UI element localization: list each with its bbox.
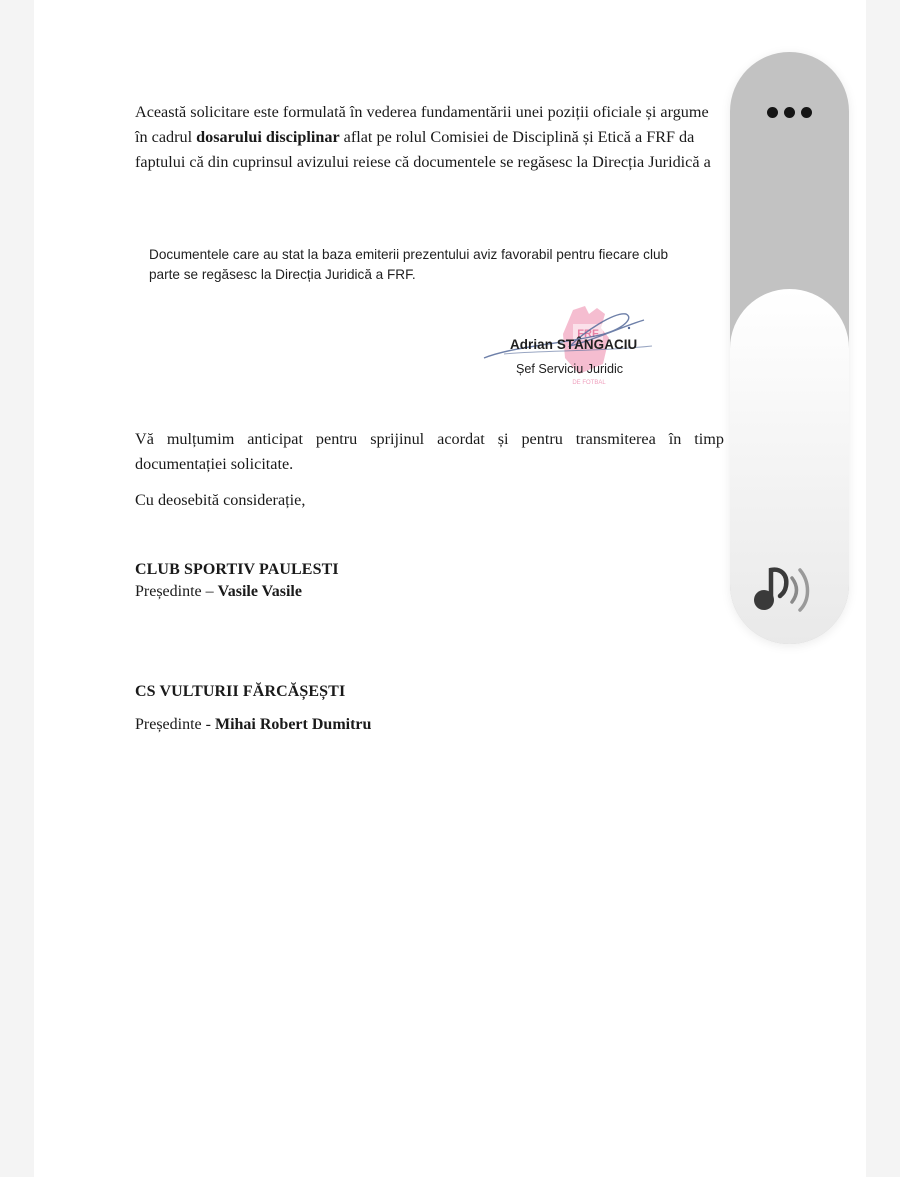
quoted-excerpt-line-1: Documentele care au stat la baza emiteri… (149, 245, 668, 265)
president-name-1: Vasile Vasile (218, 583, 302, 600)
volume-slider[interactable] (730, 52, 849, 644)
signatory-role: Șef Serviciu Juridic (516, 362, 623, 376)
president-title-2: Președinte - (135, 716, 215, 733)
president-line-2: Președinte - Mihai Robert Dumitru (135, 716, 371, 734)
more-options-button[interactable] (730, 102, 849, 122)
document-content: Această solicitare este formulată în ved… (34, 0, 766, 1177)
more-horizontal-icon-dot (767, 107, 778, 118)
president-title-1: Președinte – (135, 583, 218, 600)
signatory-name: Adrian STÂNGACIU (510, 337, 637, 352)
intro-line-2: în cadrul dosarului disciplinar aflat pe… (135, 125, 694, 150)
disciplinary-file-emphasis: dosarului disciplinar (196, 128, 339, 146)
quoted-excerpt-line-2: parte se regăsesc la Direcția Juridică a… (149, 265, 416, 285)
intro-line-1: Această solicitare este formulată în ved… (135, 100, 709, 125)
president-name-2: Mihai Robert Dumitru (215, 716, 371, 733)
more-horizontal-icon-dot (784, 107, 795, 118)
handwritten-signature-icon (474, 306, 654, 366)
svg-text:DE FOTBAL: DE FOTBAL (572, 380, 606, 386)
club-name-2: CS VULTURII FĂRCĂȘEȘTI (135, 683, 345, 701)
more-horizontal-icon-dot (801, 107, 812, 118)
closing-salutation: Cu deosebită considerație, (135, 488, 305, 513)
thanks-line-2: documentației solicitate. (135, 452, 293, 477)
intro-line-3: faptului că din cuprinsul avizului reies… (135, 150, 711, 175)
president-line-1: Președinte – Vasile Vasile (135, 583, 302, 601)
club-name-1: CLUB SPORTIV PAULESTI (135, 561, 339, 579)
intro-line-2-post: aflat pe rolul Comisiei de Disciplină și… (340, 128, 695, 146)
intro-line-2-pre: în cadrul (135, 128, 196, 146)
thanks-line-1: Vă mulțumim anticipat pentru sprijinul a… (135, 427, 745, 452)
music-note-volume-icon[interactable] (750, 556, 820, 616)
